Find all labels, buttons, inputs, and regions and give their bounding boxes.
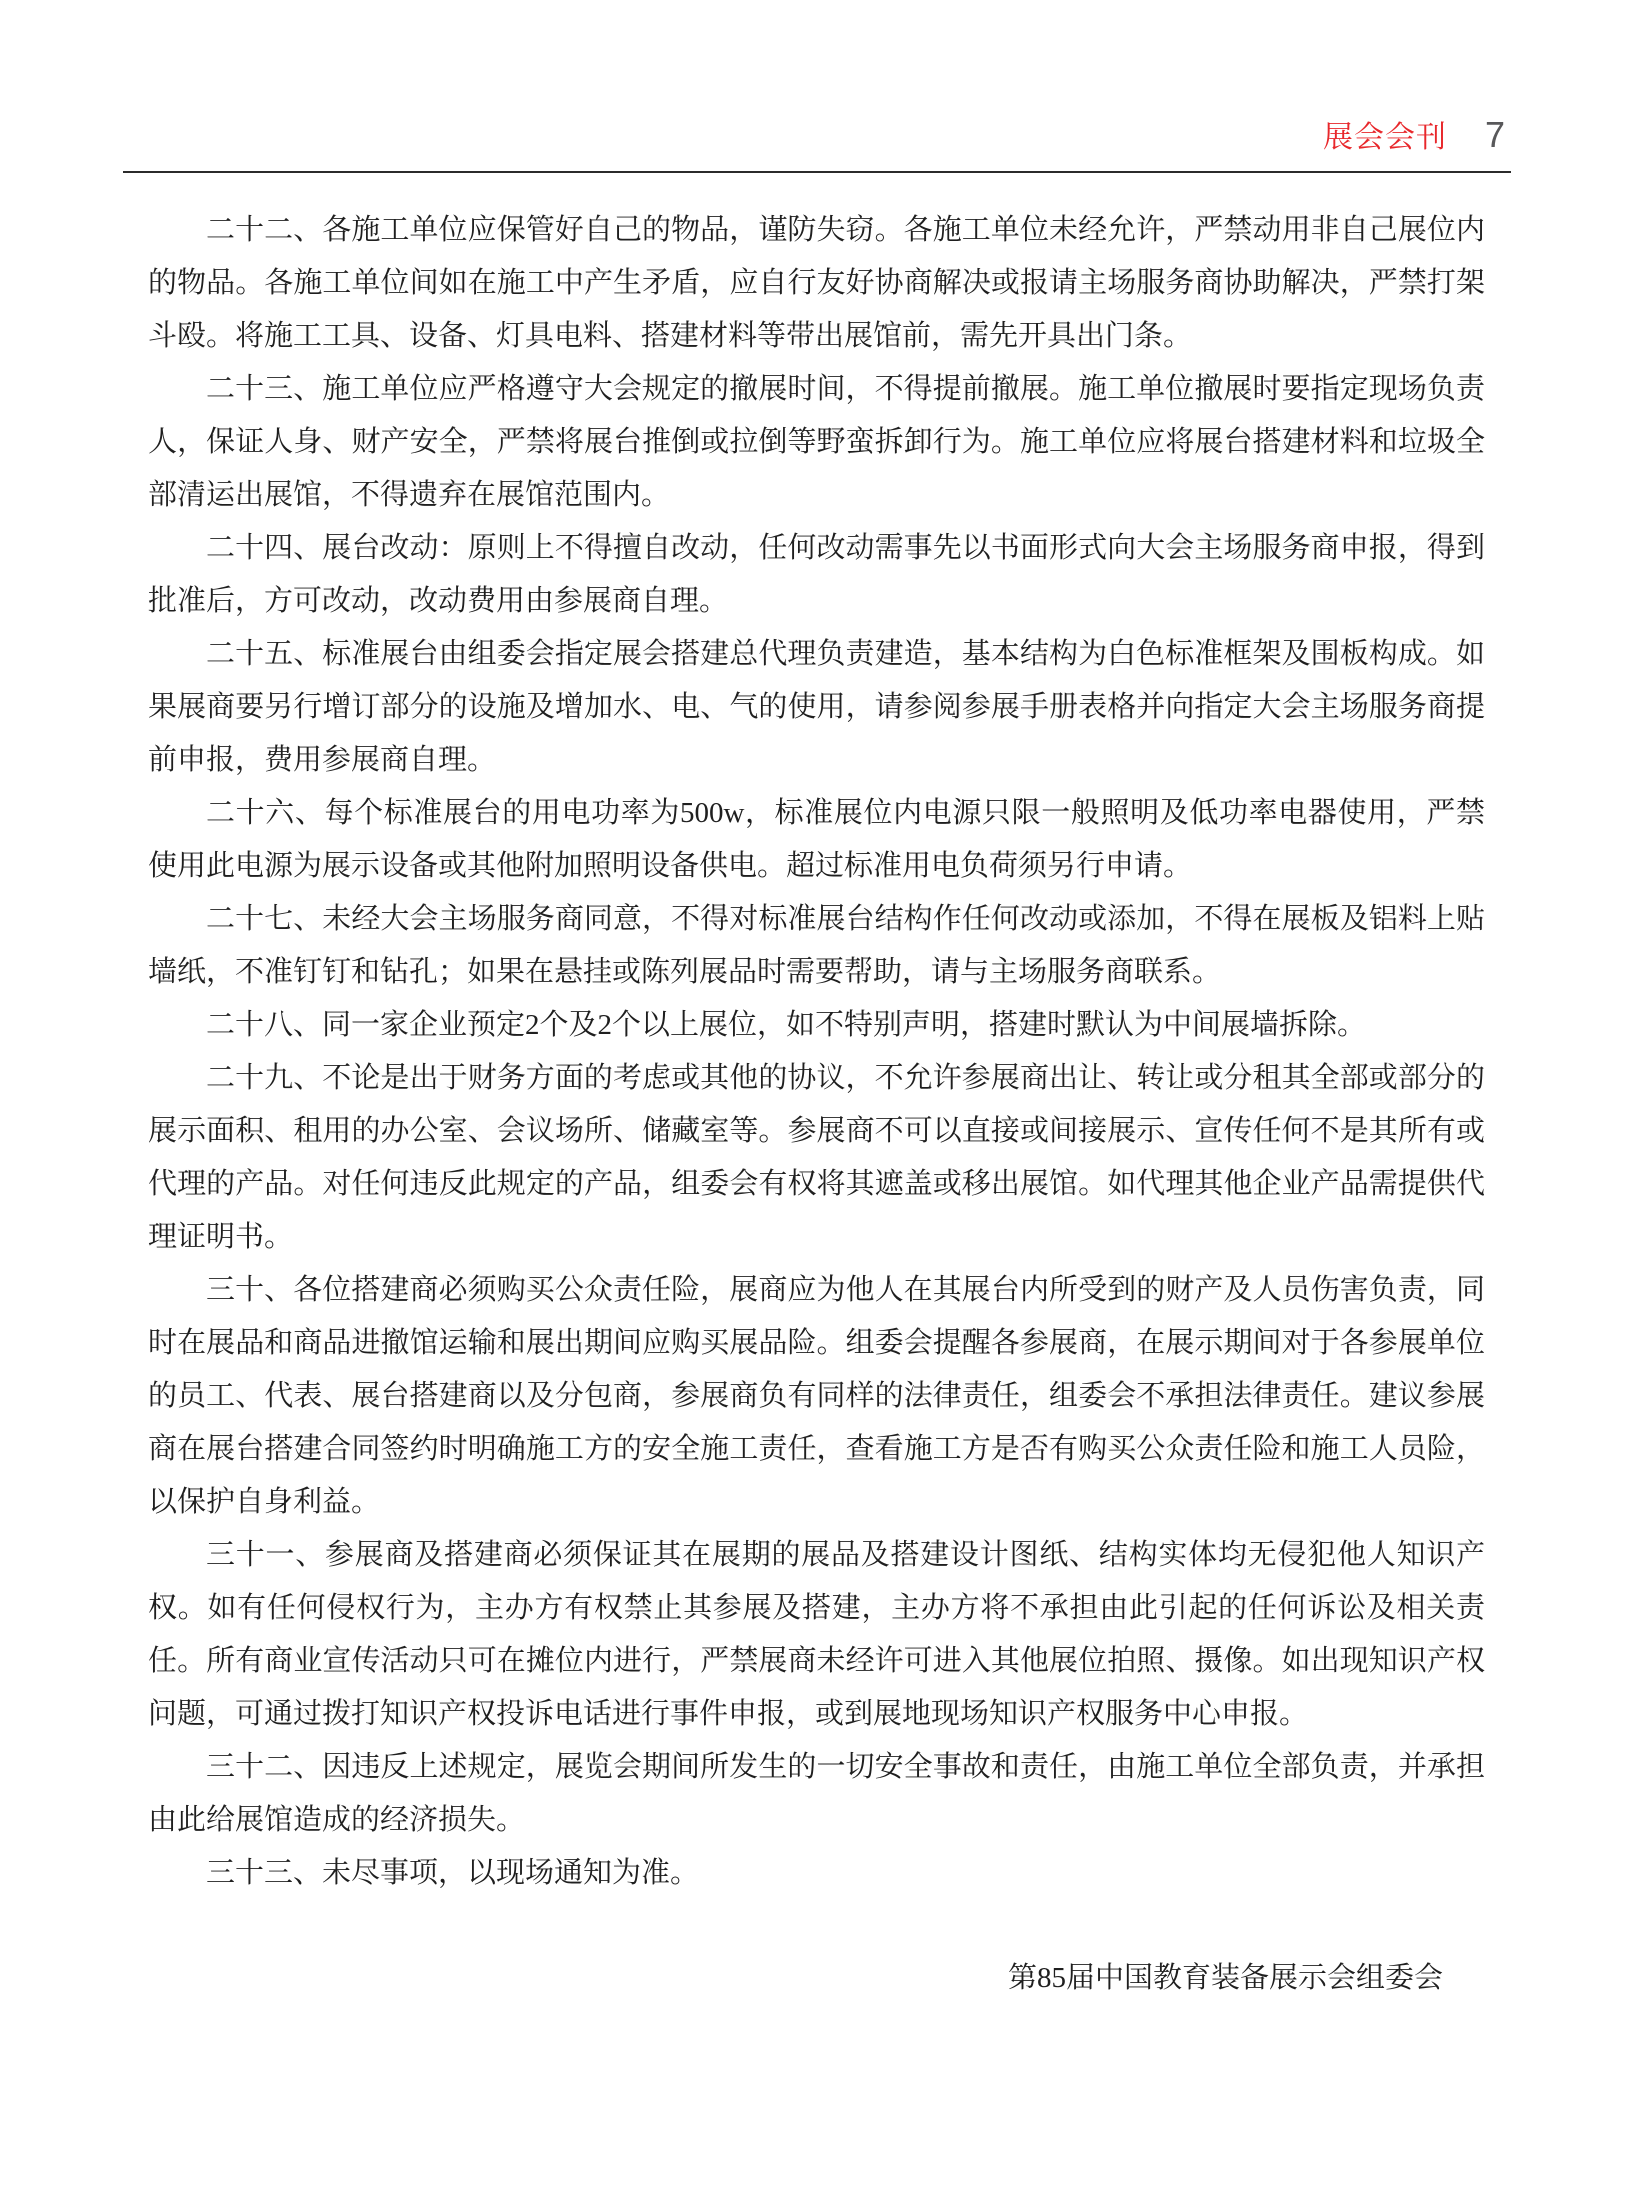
header-divider: [123, 171, 1511, 173]
regulation-item-32: 三十二、因违反上述规定，展览会期间所发生的一切安全事故和责任，由施工单位全部负责…: [148, 1741, 1485, 1847]
regulation-item-29: 二十九、不论是出于财务方面的考虑或其他的协议，不允许参展商出让、转让或分租其全部…: [148, 1052, 1485, 1264]
regulation-item-33: 三十三、未尽事项，以现场通知为准。: [148, 1847, 1485, 1900]
regulation-item-30: 三十、各位搭建商必须购买公众责任险，展商应为他人在其展台内所受到的财产及人员伤害…: [148, 1264, 1485, 1529]
committee-signature: 第85届中国教育装备展示会组委会: [148, 1952, 1485, 2005]
regulation-item-25: 二十五、标准展台由组委会指定展会搭建总代理负责建造，基本结构为白色标准框架及围板…: [148, 628, 1485, 787]
regulation-item-26: 二十六、每个标准展台的用电功率为500w，标准展位内电源只限一般照明及低功率电器…: [148, 787, 1485, 893]
journal-page: 展会会刊 7 二十二、各施工单位应保管好自己的物品，谨防失窃。各施工单位未经允许…: [0, 0, 1633, 2199]
regulation-item-24: 二十四、展台改动：原则上不得擅自改动，任何改动需事先以书面形式向大会主场服务商申…: [148, 522, 1485, 628]
regulation-item-22: 二十二、各施工单位应保管好自己的物品，谨防失窃。各施工单位未经允许，严禁动用非自…: [148, 204, 1485, 363]
regulation-item-28: 二十八、同一家企业预定2个及2个以上展位，如不特别声明，搭建时默认为中间展墙拆除…: [148, 999, 1485, 1052]
journal-title: 展会会刊: [1323, 112, 1447, 156]
regulations-text: 二十二、各施工单位应保管好自己的物品，谨防失窃。各施工单位未经允许，严禁动用非自…: [148, 204, 1485, 2005]
page-number: 7: [1485, 114, 1505, 156]
regulation-item-27: 二十七、未经大会主场服务商同意，不得对标准展台结构作任何改动或添加，不得在展板及…: [148, 893, 1485, 999]
page-header: 展会会刊 7: [1323, 112, 1505, 156]
regulation-item-23: 二十三、施工单位应严格遵守大会规定的撤展时间，不得提前撤展。施工单位撤展时要指定…: [148, 363, 1485, 522]
regulation-item-31: 三十一、参展商及搭建商必须保证其在展期的展品及搭建设计图纸、结构实体均无侵犯他人…: [148, 1529, 1485, 1741]
